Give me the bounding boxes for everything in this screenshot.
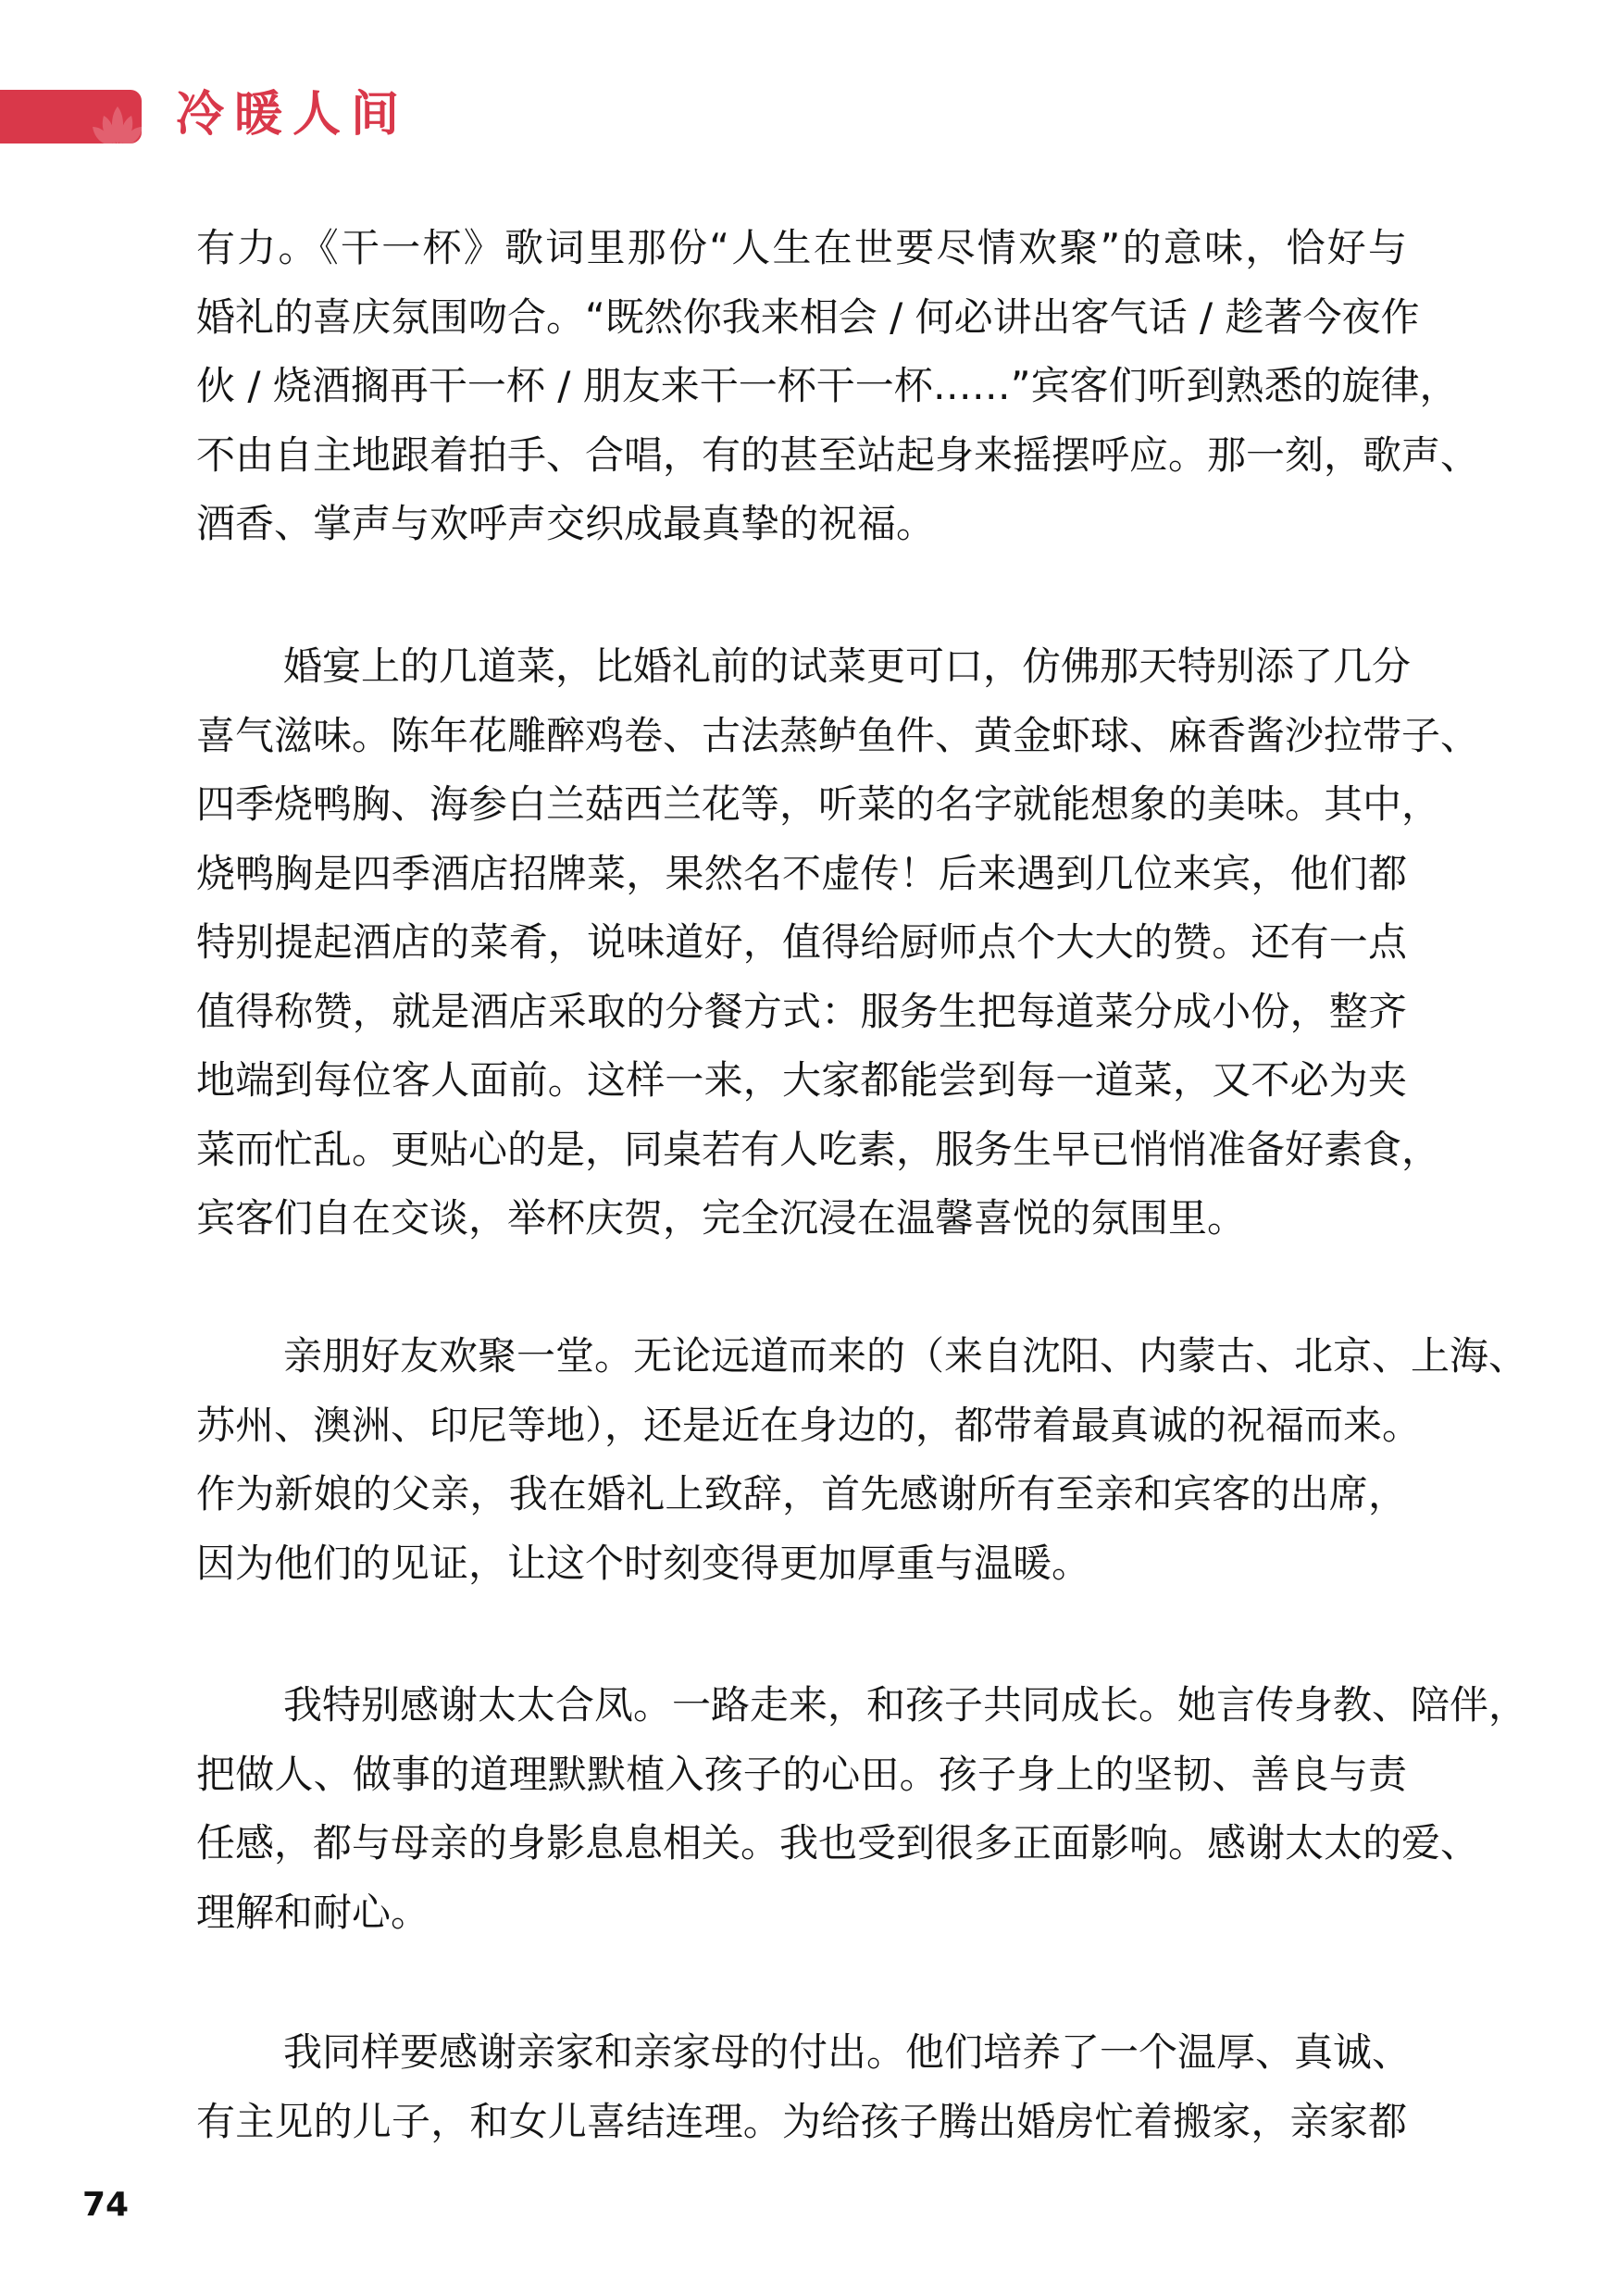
text-line: 我特别感谢太太合凤。一路走来，和孩子共同成长。她言传身教、陪伴， [283,1684,1407,1727]
text-line: 婚礼的喜庆氛围吻合。“既然你我来相会 / 何必讲出客气话 / 趁著今夜作 [196,296,1407,339]
text-line: 理解和耐心。 [196,1891,1407,1934]
text-line: 值得称赞，就是酒店采取的分餐方式：服务生把每道菜分成小份，整齐 [196,991,1407,1033]
text-line: 作为新娘的父亲，我在婚礼上致辞，首先感谢所有至亲和宾客的出席， [196,1473,1407,1516]
page-number: 74 [82,2187,129,2224]
text-line: 菜而忙乱。更贴心的是，同桌若有人吃素，服务生早已悄悄准备好素食， [196,1129,1407,1171]
text-line: 四季烧鸭胸、海参白兰菇西兰花等，听菜的名字就能想象的美味。其中， [196,783,1407,826]
text-line: 有力。《干一杯》歌词里那份“人生在世要尽情欢聚”的意味，恰好与 [196,227,1407,269]
text-line: 我同样要感谢亲家和亲家母的付出。他们培养了一个温厚、真诚、 [283,2031,1407,2074]
lotus-icon [91,103,142,143]
text-line: 任感，都与母亲的身影息息相关。我也受到很多正面影响。感谢太太的爱、 [196,1822,1407,1865]
section-header-bar [0,90,142,143]
text-line: 酒香、掌声与欢呼声交织成最真挚的祝福。 [196,503,1407,545]
text-line: 苏州、澳洲、印尼等地），还是近在身边的，都带着最真诚的祝福而来。 [196,1404,1407,1447]
text-line: 亲朋好友欢聚一堂。无论远道而来的（来自沈阳、内蒙古、北京、上海、 [283,1335,1407,1378]
text-line: 把做人、做事的道理默默植入孩子的心田。孩子身上的坚韧、善良与责 [196,1753,1407,1796]
text-line: 特别提起酒店的菜肴，说味道好，值得给厨师点个大大的赞。还有一点 [196,921,1407,964]
text-line: 地端到每位客人面前。这样一来，大家都能尝到每一道菜，又不必为夹 [196,1059,1407,1102]
text-line: 烧鸭胸是四季酒店招牌菜，果然名不虚传！后来遇到几位来宾，他们都 [196,853,1407,895]
text-line: 不由自主地跟着拍手、合唱，有的甚至站起身来摇摆呼应。那一刻，歌声、 [196,434,1407,477]
text-line: 婚宴上的几道菜，比婚礼前的试菜更可口，仿佛那天特别添了几分 [283,645,1407,688]
text-line: 伙 / 烧酒搁再干一杯 / 朋友来干一杯干一杯……”宾客们听到熟悉的旋律， [196,365,1407,407]
section-title: 冷暖人间 [176,85,409,144]
text-line: 宾客们自在交谈，举杯庆贺，完全沉浸在温馨喜悦的氛围里。 [196,1197,1407,1240]
text-line: 有主见的儿子，和女儿喜结连理。为给孩子腾出婚房忙着搬家，亲家都 [196,2101,1407,2143]
text-line: 因为他们的见证，让这个时刻变得更加厚重与温暖。 [196,1542,1407,1585]
text-line: 喜气滋味。陈年花雕醉鸡卷、古法蒸鲈鱼件、黄金虾球、麻香酱沙拉带子、 [196,715,1407,757]
